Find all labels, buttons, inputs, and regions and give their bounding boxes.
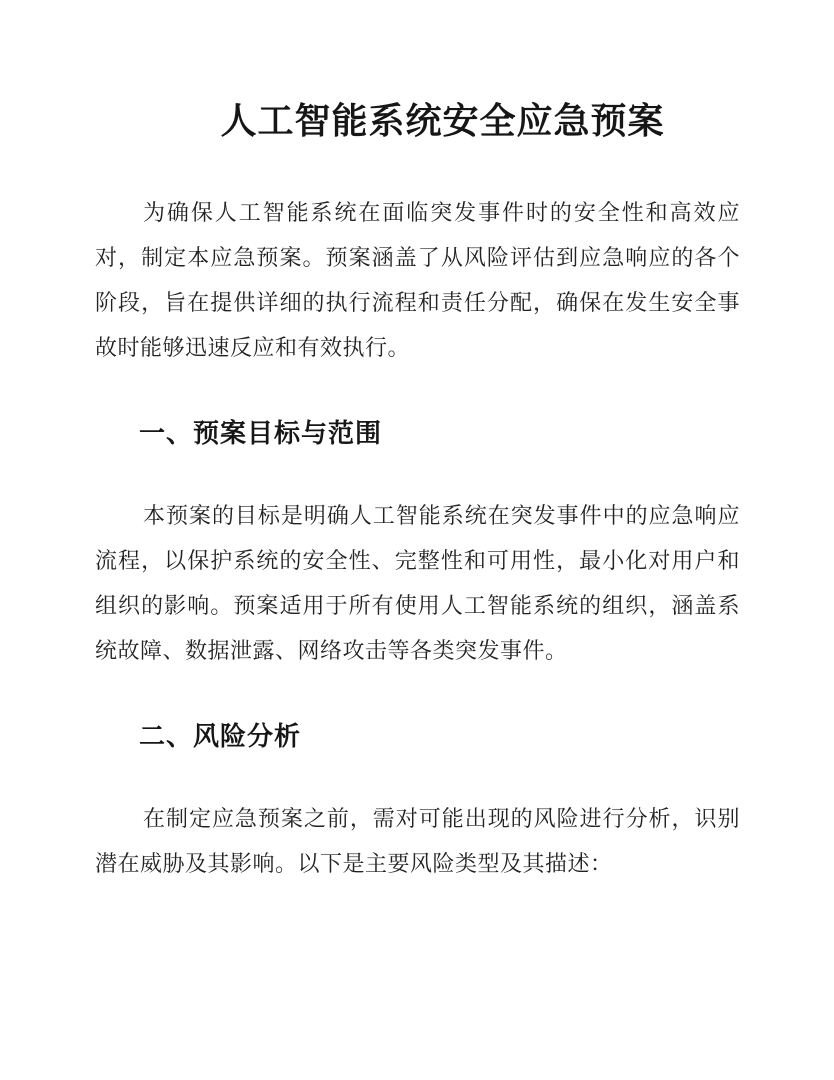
- document-title: 人工智能系统安全应急预案: [95, 99, 740, 143]
- intro-paragraph: 为确保人工智能系统在面临突发事件时的安全性和高效应对，制定本应急预案。预案涵盖了…: [95, 190, 740, 370]
- section-1-heading: 一、预案目标与范围: [95, 415, 740, 451]
- document-page: 人工智能系统安全应急预案 为确保人工智能系统在面临突发事件时的安全性和高效应对，…: [0, 0, 834, 1080]
- section-2-paragraph: 在制定应急预案之前，需对可能出现的风险进行分析，识别潜在威胁及其影响。以下是主要…: [95, 796, 740, 886]
- section-1-paragraph: 本预案的目标是明确人工智能系统在突发事件中的应急响应流程，以保护系统的安全性、完…: [95, 493, 740, 673]
- section-2-heading: 二、风险分析: [95, 718, 740, 754]
